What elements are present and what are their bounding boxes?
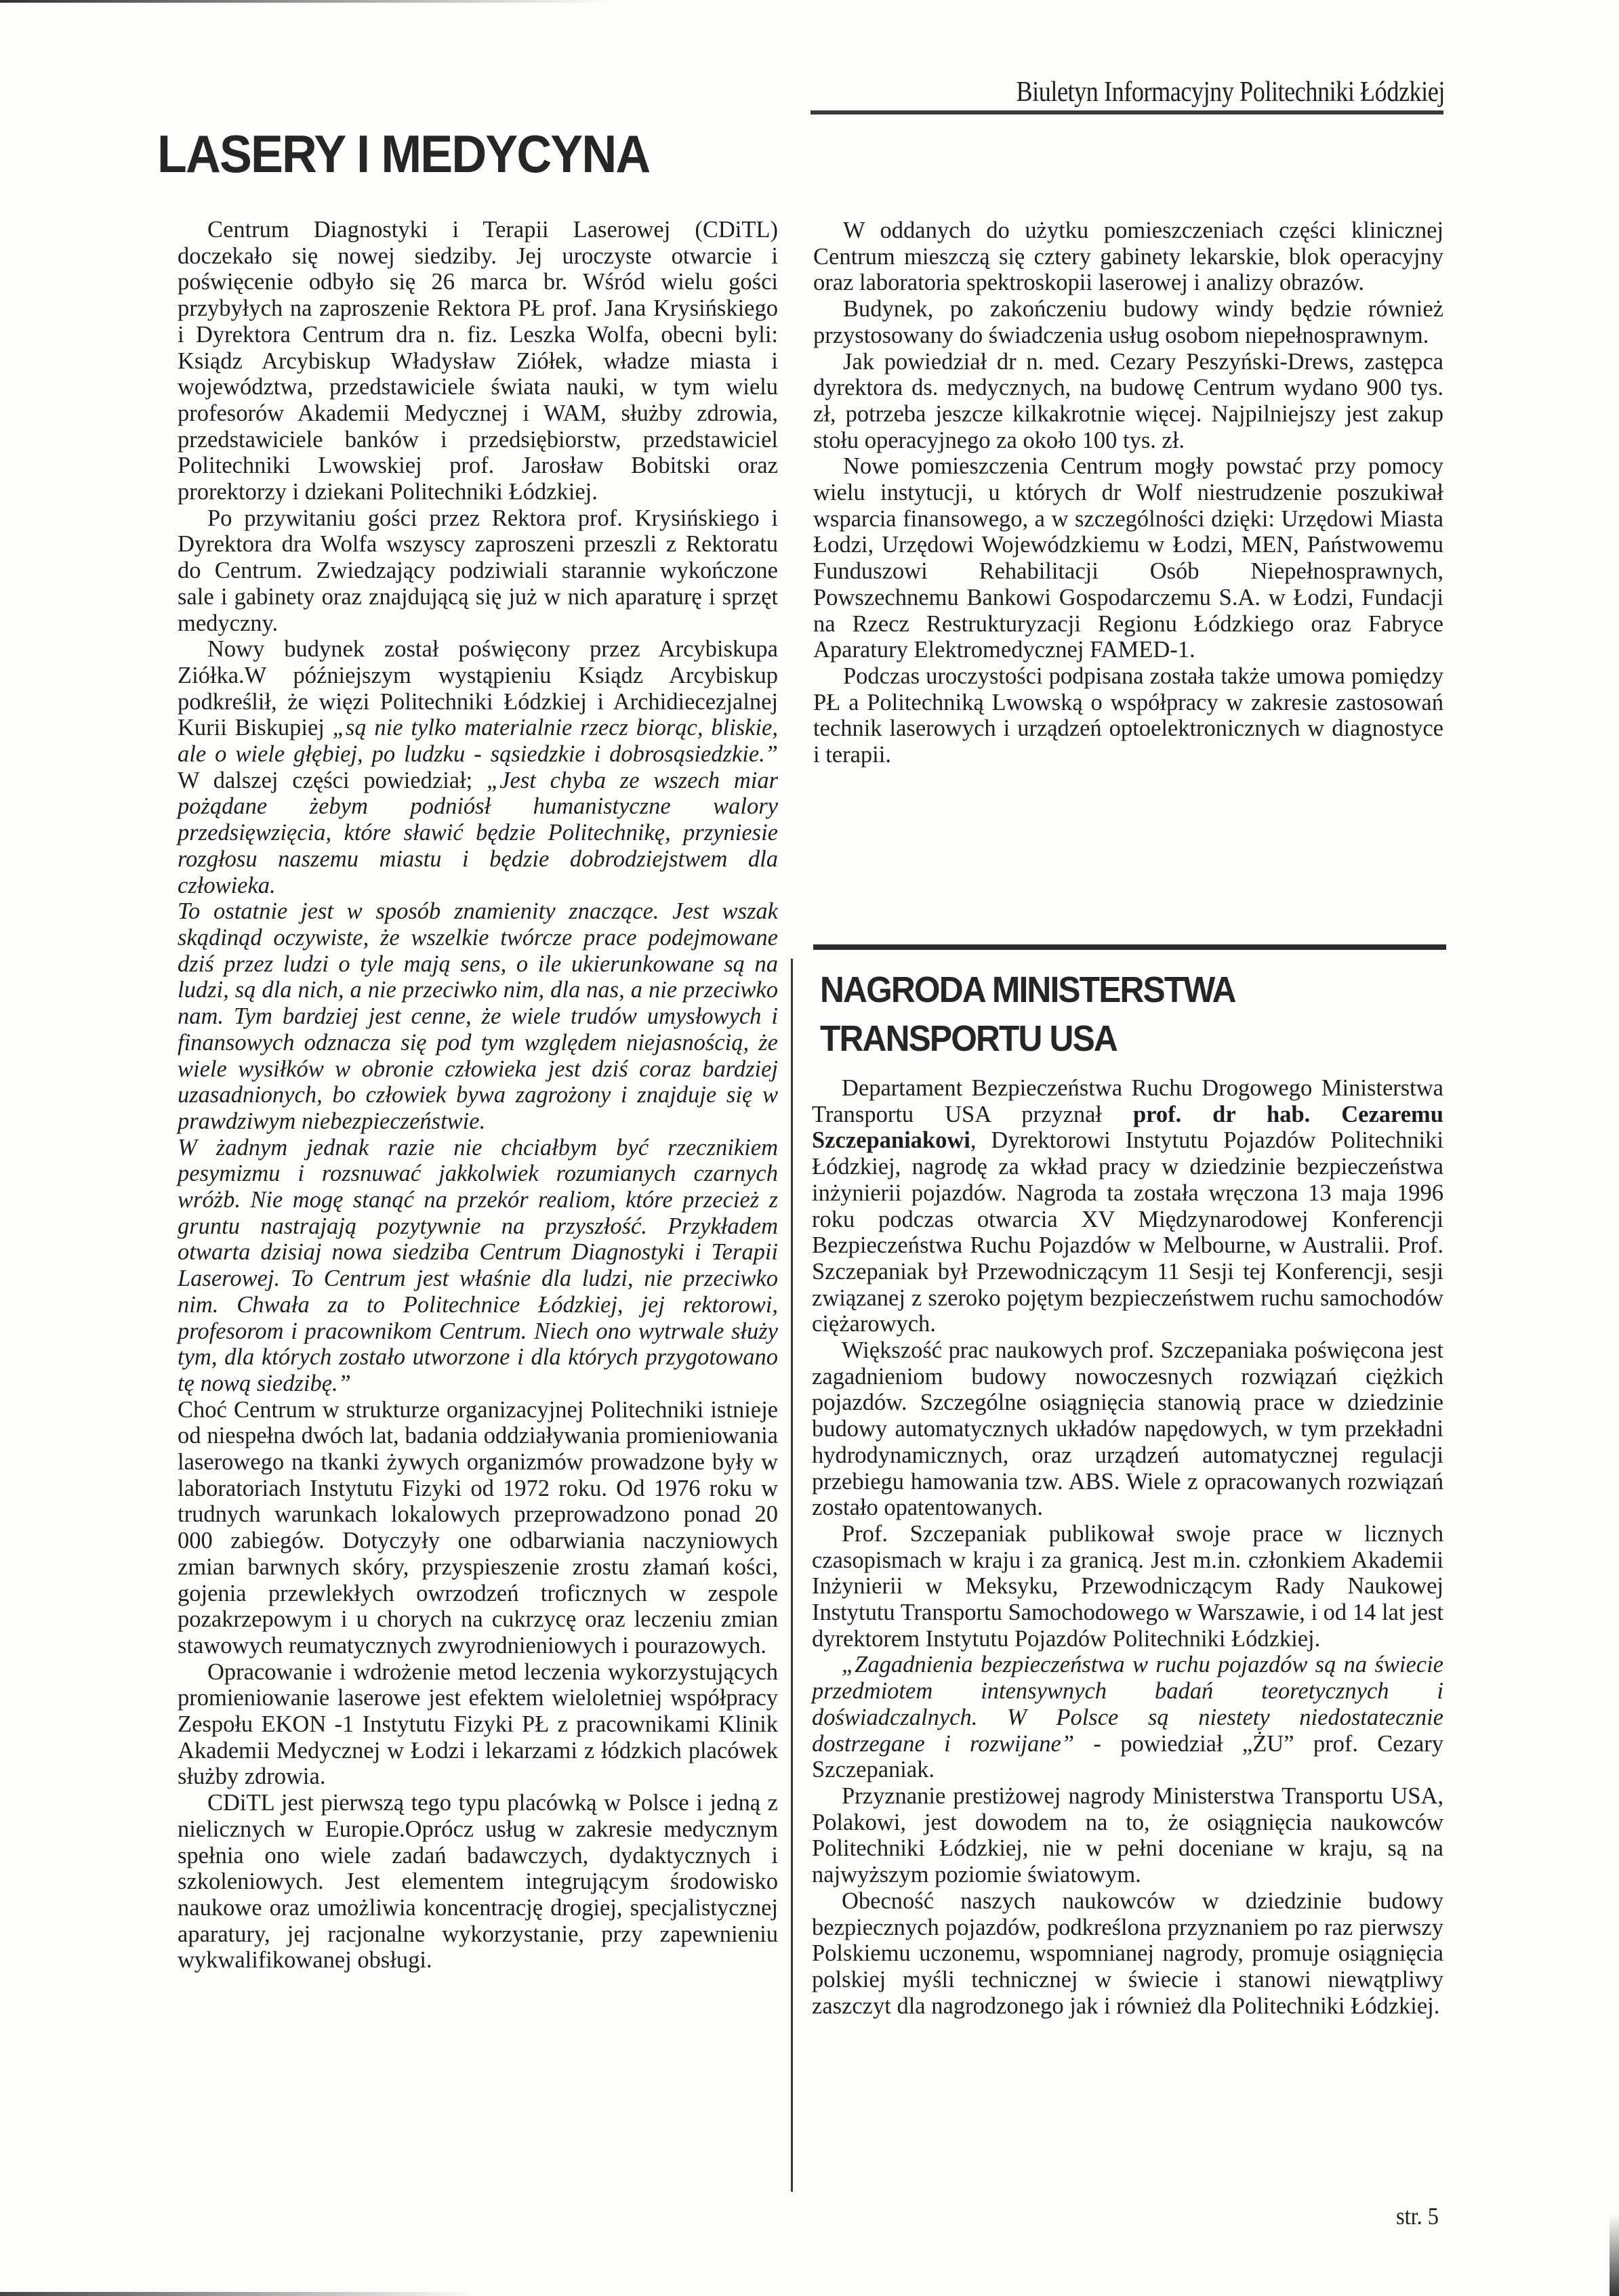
paragraph: CDiTL jest pierwszą tego typu placówką w… xyxy=(178,1790,778,1974)
publication-header: Biuletyn Informacyjny Politechniki Łódzk… xyxy=(954,76,1445,108)
paragraph: Prof. Szczepaniak publikował swoje prace… xyxy=(812,1521,1443,1652)
article2-left-border xyxy=(791,959,793,2192)
paragraph: Obecność naszych naukowców w dziedzinie … xyxy=(812,1888,1443,2020)
paragraph: Przyznanie prestiżowej nagrody Ministers… xyxy=(812,1783,1443,1888)
header-rule xyxy=(811,110,1443,114)
title-line: TRANSPORTU USA xyxy=(820,1014,1235,1063)
article1-left-column: Centrum Diagnostyki i Terapii Laserowej … xyxy=(178,217,778,1974)
paragraph: Centrum Diagnostyki i Terapii Laserowej … xyxy=(178,217,778,505)
quote-paragraph: To ostatnie jest w sposób znamienity zna… xyxy=(178,898,778,1134)
section-divider xyxy=(813,944,1446,950)
article1-right-column: W oddanych do użytku pomieszczeniach czę… xyxy=(813,217,1443,768)
article-title-lasery: LASERY I MEDYCYNA xyxy=(157,127,649,180)
title-line: NAGRODA MINISTERSTWA xyxy=(820,965,1235,1014)
paragraph: Budynek, po zakończeniu budowy windy będ… xyxy=(813,296,1443,348)
scan-edge-shadow xyxy=(0,2292,474,2296)
paragraph: Opracowanie i wdrożenie metod leczenia w… xyxy=(178,1659,778,1791)
paragraph: Większość prac naukowych prof. Szczepani… xyxy=(812,1337,1443,1521)
paragraph: Jak powiedział dr n. med. Cezary Peszyńs… xyxy=(813,349,1443,454)
page-number: str. 5 xyxy=(1396,2202,1439,2230)
paragraph: Nowy budynek został poświęcony przez Arc… xyxy=(178,636,778,898)
paragraph: Choć Centrum w strukturze organizacyjnej… xyxy=(178,1397,778,1659)
paragraph: Nowe pomieszczenia Centrum mogły powstać… xyxy=(813,453,1443,663)
paragraph: W oddanych do użytku pomieszczeniach czę… xyxy=(813,217,1443,296)
quote-paragraph: W żadnym jednak razie nie chciałbym być … xyxy=(178,1135,778,1397)
article2-body: Departament Bezpieczeństwa Ruchu Drogowe… xyxy=(812,1075,1443,2019)
text: , Dyrektorowi Instytutu Pojazdów Politec… xyxy=(812,1127,1443,1337)
paragraph: Podczas uroczystości podpisana została t… xyxy=(813,663,1443,768)
paragraph: „Zagadnienia bezpieczeństwa w ruchu poja… xyxy=(812,1652,1443,1783)
scan-edge-shadow xyxy=(1610,2215,1619,2296)
scan-edge-shadow xyxy=(0,0,610,3)
article-title-nagroda: NAGRODA MINISTERSTWA TRANSPORTU USA xyxy=(820,965,1235,1063)
paragraph: Po przywitaniu gości przez Rektora prof.… xyxy=(178,505,778,637)
paragraph: Departament Bezpieczeństwa Ruchu Drogowe… xyxy=(812,1075,1443,1337)
text: W dalszej części powiedział; xyxy=(178,768,487,793)
